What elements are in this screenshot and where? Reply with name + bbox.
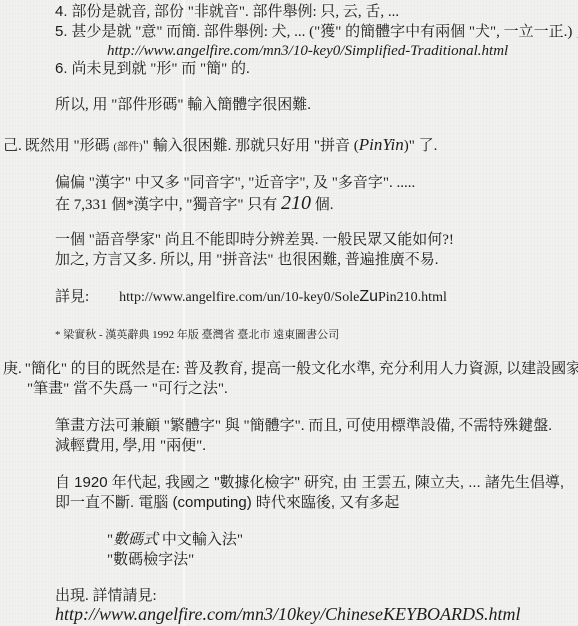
highlight-number: 210: [281, 192, 311, 214]
heading-text: "簡化" 的目的既然是在: 普及教育, 提高一般文化水準, 充分利用人力資源, …: [25, 361, 578, 377]
paragraph-line: 自 1920 年代起, 我國之 "數據化檢字" 研究, 由 王雲五, 陳立夫, …: [55, 473, 564, 493]
section-marker: 庚.: [3, 361, 22, 377]
list-text: 甚少是就 "意" 而簡. 部件舉例: 犬, ... ("獲" 的簡體字中有兩個 …: [72, 24, 578, 40]
paragraph-line: 加之, 方言又多. 所以, 用 "拼音法" 也很困難, 普遍推廣不易.: [55, 250, 439, 270]
paragraph-line: 筆畫方法可兼顧 "繁體字" 與 "簡體字". 而且, 可使用標準設備, 不需特殊…: [55, 416, 552, 436]
list-number: 4.: [55, 3, 68, 20]
method-italic-term: 數碼式: [113, 532, 158, 548]
paragraph-line: 偏偏 "漢字" 中又多 "同音字", "近音字", 及 "多音字". .....: [55, 173, 415, 193]
see-also-line: 詳見:http://www.angelfire.com/un/10-key0/S…: [55, 287, 447, 308]
section-geng-heading-line2: "筆畫" 當不失爲一 "可行之法".: [27, 379, 228, 399]
list-number: 5.: [55, 23, 68, 40]
see-also-label: 詳見:: [55, 289, 89, 305]
section-marker: 己.: [3, 138, 22, 154]
paragraph-line: 在 7,331 個*漢字中, "獨音字" 只有 210 個.: [55, 193, 334, 215]
url-segment: Pin210.html: [378, 290, 447, 305]
conclusion-text: 所以, 用 "部件形碼" 輸入簡體字很困難.: [55, 95, 311, 115]
list-item-5: 5.甚少是就 "意" 而簡. 部件舉例: 犬, ... ("獲" 的簡體字中有兩…: [55, 22, 578, 42]
heading-text: " 輸入很困難. 那就只好用 "拼音 (: [143, 138, 359, 154]
footnote: * 梁實秋 - 漢英辭典 1992 年版 臺灣省 臺北市 遠東圖書公司: [55, 325, 339, 345]
method-item-2: "數碼檢字法": [107, 550, 194, 570]
heading-text: 既然用 "形碼: [25, 138, 114, 154]
list-item-4: 4.部份是就音, 部份 "非就音". 部件舉例: 只, 云, 舌, ...: [55, 2, 399, 22]
simplified-traditional-url: http://www.angelfire.com/mn3/10-key0/Sim…: [107, 41, 508, 61]
heading-text: )" 了.: [404, 138, 438, 154]
list-text: 尚未見到就 "形" 而 "簡" 的.: [72, 61, 250, 77]
method-text: 中文輸入法": [158, 532, 243, 548]
list-item-6: 6.尚未見到就 "形" 而 "簡" 的.: [55, 59, 250, 79]
paragraph-line: 一個 "語音學家" 尚且不能即時分辨差異. 一般民眾又能如何?!: [55, 230, 454, 250]
paragraph-text: 個.: [311, 197, 334, 213]
url-segment-zu: Zu: [359, 288, 378, 305]
see-also-url: http://www.angelfire.com/un/10-key0/Sole…: [119, 290, 447, 305]
pinyin-term: PinYin: [359, 135, 404, 154]
paragraph-line: 減輕費用, 學,用 "兩便".: [55, 436, 206, 456]
keyboards-url: http://www.angelfire.com/mn3/10key/Chine…: [55, 603, 520, 625]
heading-small-note: (部件): [113, 141, 142, 153]
list-number: 6.: [55, 60, 68, 77]
paragraph-text: 在 7,331 個*漢字中, "獨音字" 只有: [55, 197, 281, 213]
section-geng-heading: 庚."簡化" 的目的既然是在: 普及教育, 提高一般文化水準, 充分利用人力資源…: [3, 359, 578, 379]
method-item-1: "數碼式 中文輸入法": [107, 530, 243, 550]
section-ji-heading: 己.既然用 "形碼 (部件)" 輸入很困難. 那就只好用 "拼音 (PinYin…: [3, 135, 437, 157]
list-text: 部份是就音, 部份 "非就音". 部件舉例: 只, 云, 舌, ...: [72, 4, 400, 20]
paragraph-line: 即一直不斷. 電腦 (computing) 時代來臨後, 又有多起: [55, 493, 399, 513]
url-segment: http://www.angelfire.com/un/10-key0/Sole: [119, 290, 359, 305]
